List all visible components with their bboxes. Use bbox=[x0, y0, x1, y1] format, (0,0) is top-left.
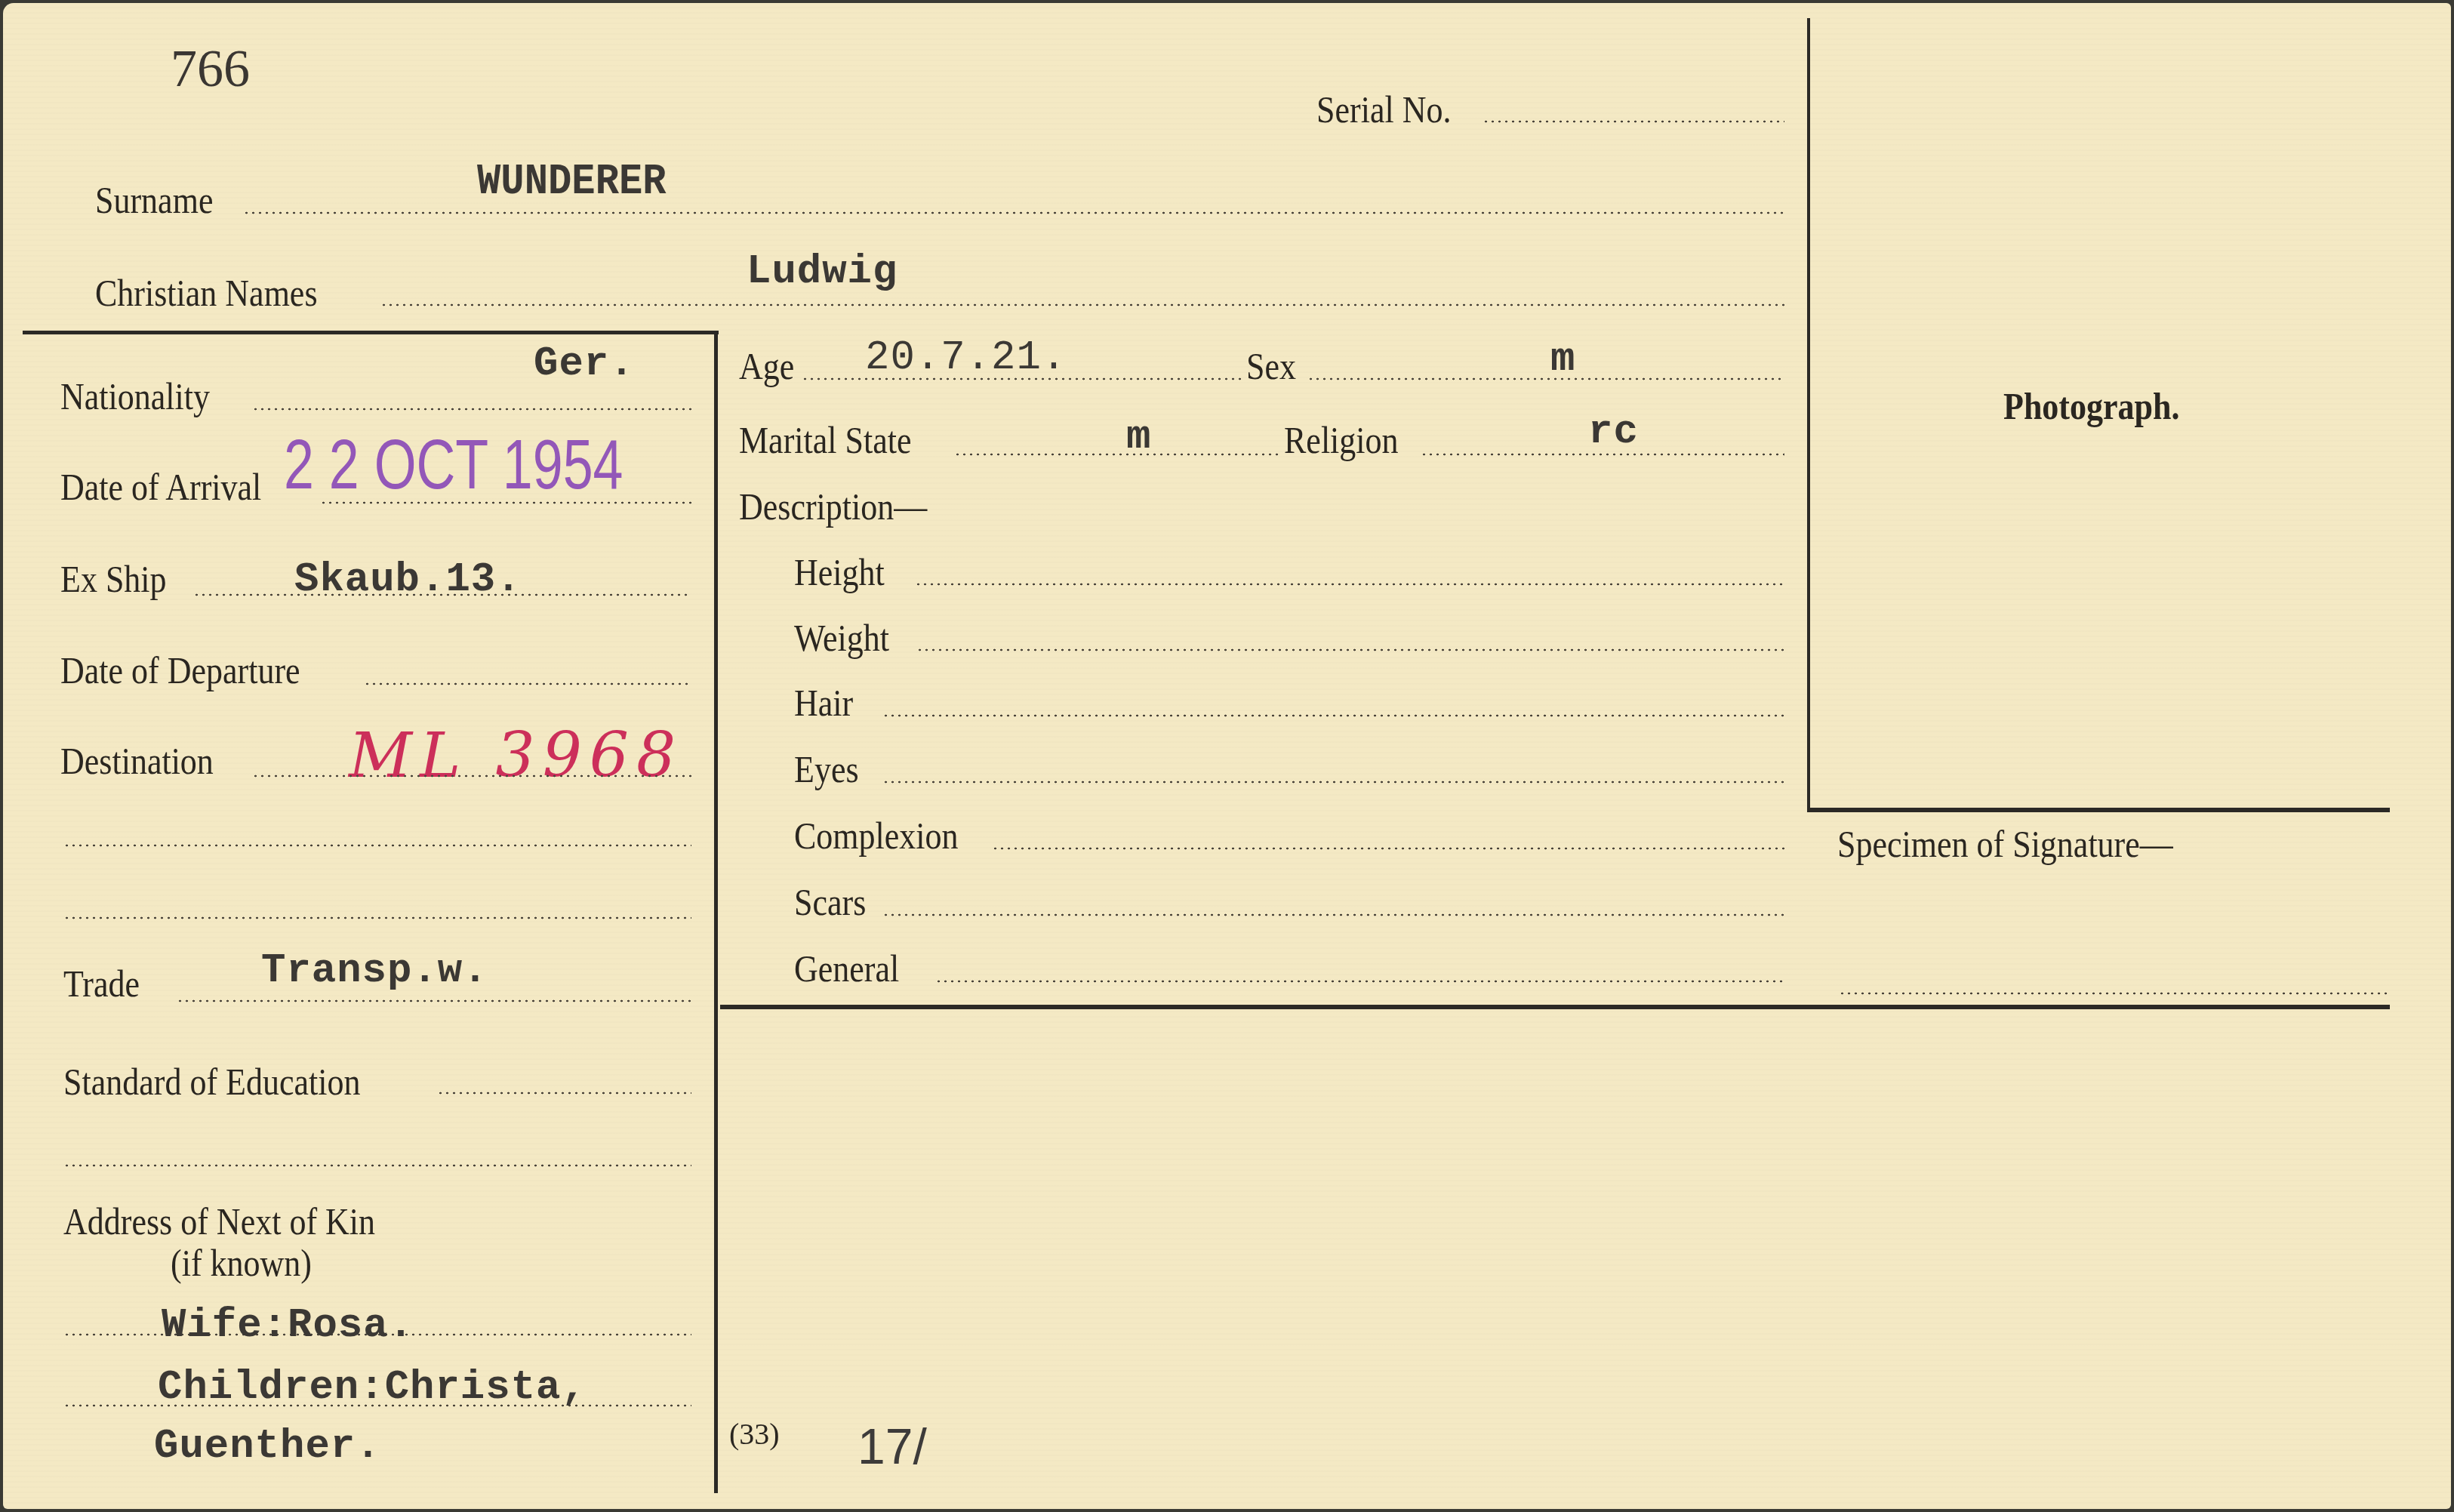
surname-label: Surname bbox=[95, 178, 213, 222]
form-number: (33) bbox=[729, 1416, 780, 1452]
destination-extra-line-2[interactable] bbox=[63, 916, 691, 919]
eyes-label: Eyes bbox=[794, 747, 859, 791]
nationality-field[interactable] bbox=[252, 408, 691, 411]
christian-names-value: Ludwig bbox=[747, 249, 898, 295]
ex-ship-label: Ex Ship bbox=[60, 557, 167, 601]
general-label: General bbox=[794, 947, 899, 990]
religion-field[interactable] bbox=[1421, 453, 1784, 456]
education-extra-line[interactable] bbox=[63, 1164, 691, 1167]
religion-value: rc bbox=[1588, 409, 1639, 455]
complexion-label: Complexion bbox=[794, 814, 959, 858]
date-of-arrival-field[interactable] bbox=[320, 501, 691, 504]
christian-names-label: Christian Names bbox=[95, 271, 318, 315]
general-field[interactable] bbox=[935, 980, 1784, 983]
ex-ship-field[interactable] bbox=[193, 593, 691, 596]
hair-field[interactable] bbox=[882, 714, 1784, 717]
photo-box-left-rule bbox=[1807, 18, 1810, 811]
signature-field[interactable] bbox=[1839, 992, 2388, 995]
date-of-departure-field[interactable] bbox=[364, 682, 691, 685]
complexion-field[interactable] bbox=[992, 847, 1784, 850]
religion-label: Religion bbox=[1284, 418, 1399, 462]
next-of-kin-value-2: Children:Christa, bbox=[158, 1365, 587, 1411]
destination-label: Destination bbox=[60, 739, 214, 783]
standard-of-education-label: Standard of Education bbox=[63, 1060, 360, 1104]
description-bottom-rule bbox=[720, 1005, 2390, 1009]
trade-value: Transp.w. bbox=[261, 948, 488, 994]
description-label: Description— bbox=[739, 485, 927, 528]
age-label: Age bbox=[739, 344, 794, 388]
card-number: 766 bbox=[171, 39, 250, 100]
sex-value: m bbox=[1550, 337, 1575, 383]
handwritten-note: 17/ bbox=[858, 1418, 927, 1475]
next-of-kin-value-1: Wife:Rosa. bbox=[162, 1303, 414, 1349]
marital-state-label: Marital State bbox=[739, 418, 911, 462]
eyes-field[interactable] bbox=[882, 781, 1784, 784]
surname-value: WUNDERER bbox=[477, 158, 667, 207]
hair-label: Hair bbox=[794, 681, 853, 725]
next-of-kin-value-3: Guenther. bbox=[154, 1424, 381, 1470]
signature-label: Specimen of Signature— bbox=[1837, 822, 2173, 866]
date-of-arrival-label: Date of Arrival bbox=[60, 465, 261, 509]
destination-field[interactable] bbox=[252, 774, 691, 778]
sex-field[interactable] bbox=[1307, 377, 1784, 380]
weight-label: Weight bbox=[794, 616, 889, 660]
marital-state-field[interactable] bbox=[954, 453, 1280, 456]
date-of-arrival-stamp: 2 2 OCT 1954 bbox=[284, 426, 623, 505]
destination-extra-line-1[interactable] bbox=[63, 844, 691, 847]
surname-field[interactable] bbox=[243, 211, 1784, 214]
registration-card: 766 Serial No. Surname WUNDERER Christia… bbox=[3, 3, 2451, 1509]
left-box-right-rule bbox=[714, 331, 718, 1493]
serial-no-label: Serial No. bbox=[1316, 88, 1451, 131]
age-value: 20.7.21. bbox=[865, 335, 1067, 381]
next-of-kin-sublabel: (if known) bbox=[171, 1241, 312, 1285]
age-field[interactable] bbox=[802, 377, 1243, 380]
scars-field[interactable] bbox=[882, 913, 1784, 916]
photograph-area bbox=[1812, 20, 2390, 808]
sex-label: Sex bbox=[1246, 344, 1296, 388]
destination-value: ML 3968 bbox=[349, 720, 683, 792]
photo-box-bottom-rule bbox=[1807, 808, 2390, 812]
nationality-label: Nationality bbox=[60, 374, 210, 418]
date-of-departure-label: Date of Departure bbox=[60, 648, 300, 692]
height-label: Height bbox=[794, 550, 885, 594]
height-field[interactable] bbox=[915, 583, 1784, 586]
standard-of-education-field[interactable] bbox=[437, 1092, 691, 1095]
scars-label: Scars bbox=[794, 880, 866, 924]
weight-field[interactable] bbox=[916, 648, 1784, 651]
christian-names-field[interactable] bbox=[380, 303, 1784, 306]
trade-label: Trade bbox=[63, 962, 140, 1005]
trade-field[interactable] bbox=[177, 999, 691, 1002]
nationality-value: Ger. bbox=[534, 341, 635, 387]
serial-no-field[interactable] bbox=[1483, 120, 1784, 123]
next-of-kin-label: Address of Next of Kin bbox=[63, 1199, 375, 1243]
left-box-top-rule bbox=[23, 331, 719, 334]
